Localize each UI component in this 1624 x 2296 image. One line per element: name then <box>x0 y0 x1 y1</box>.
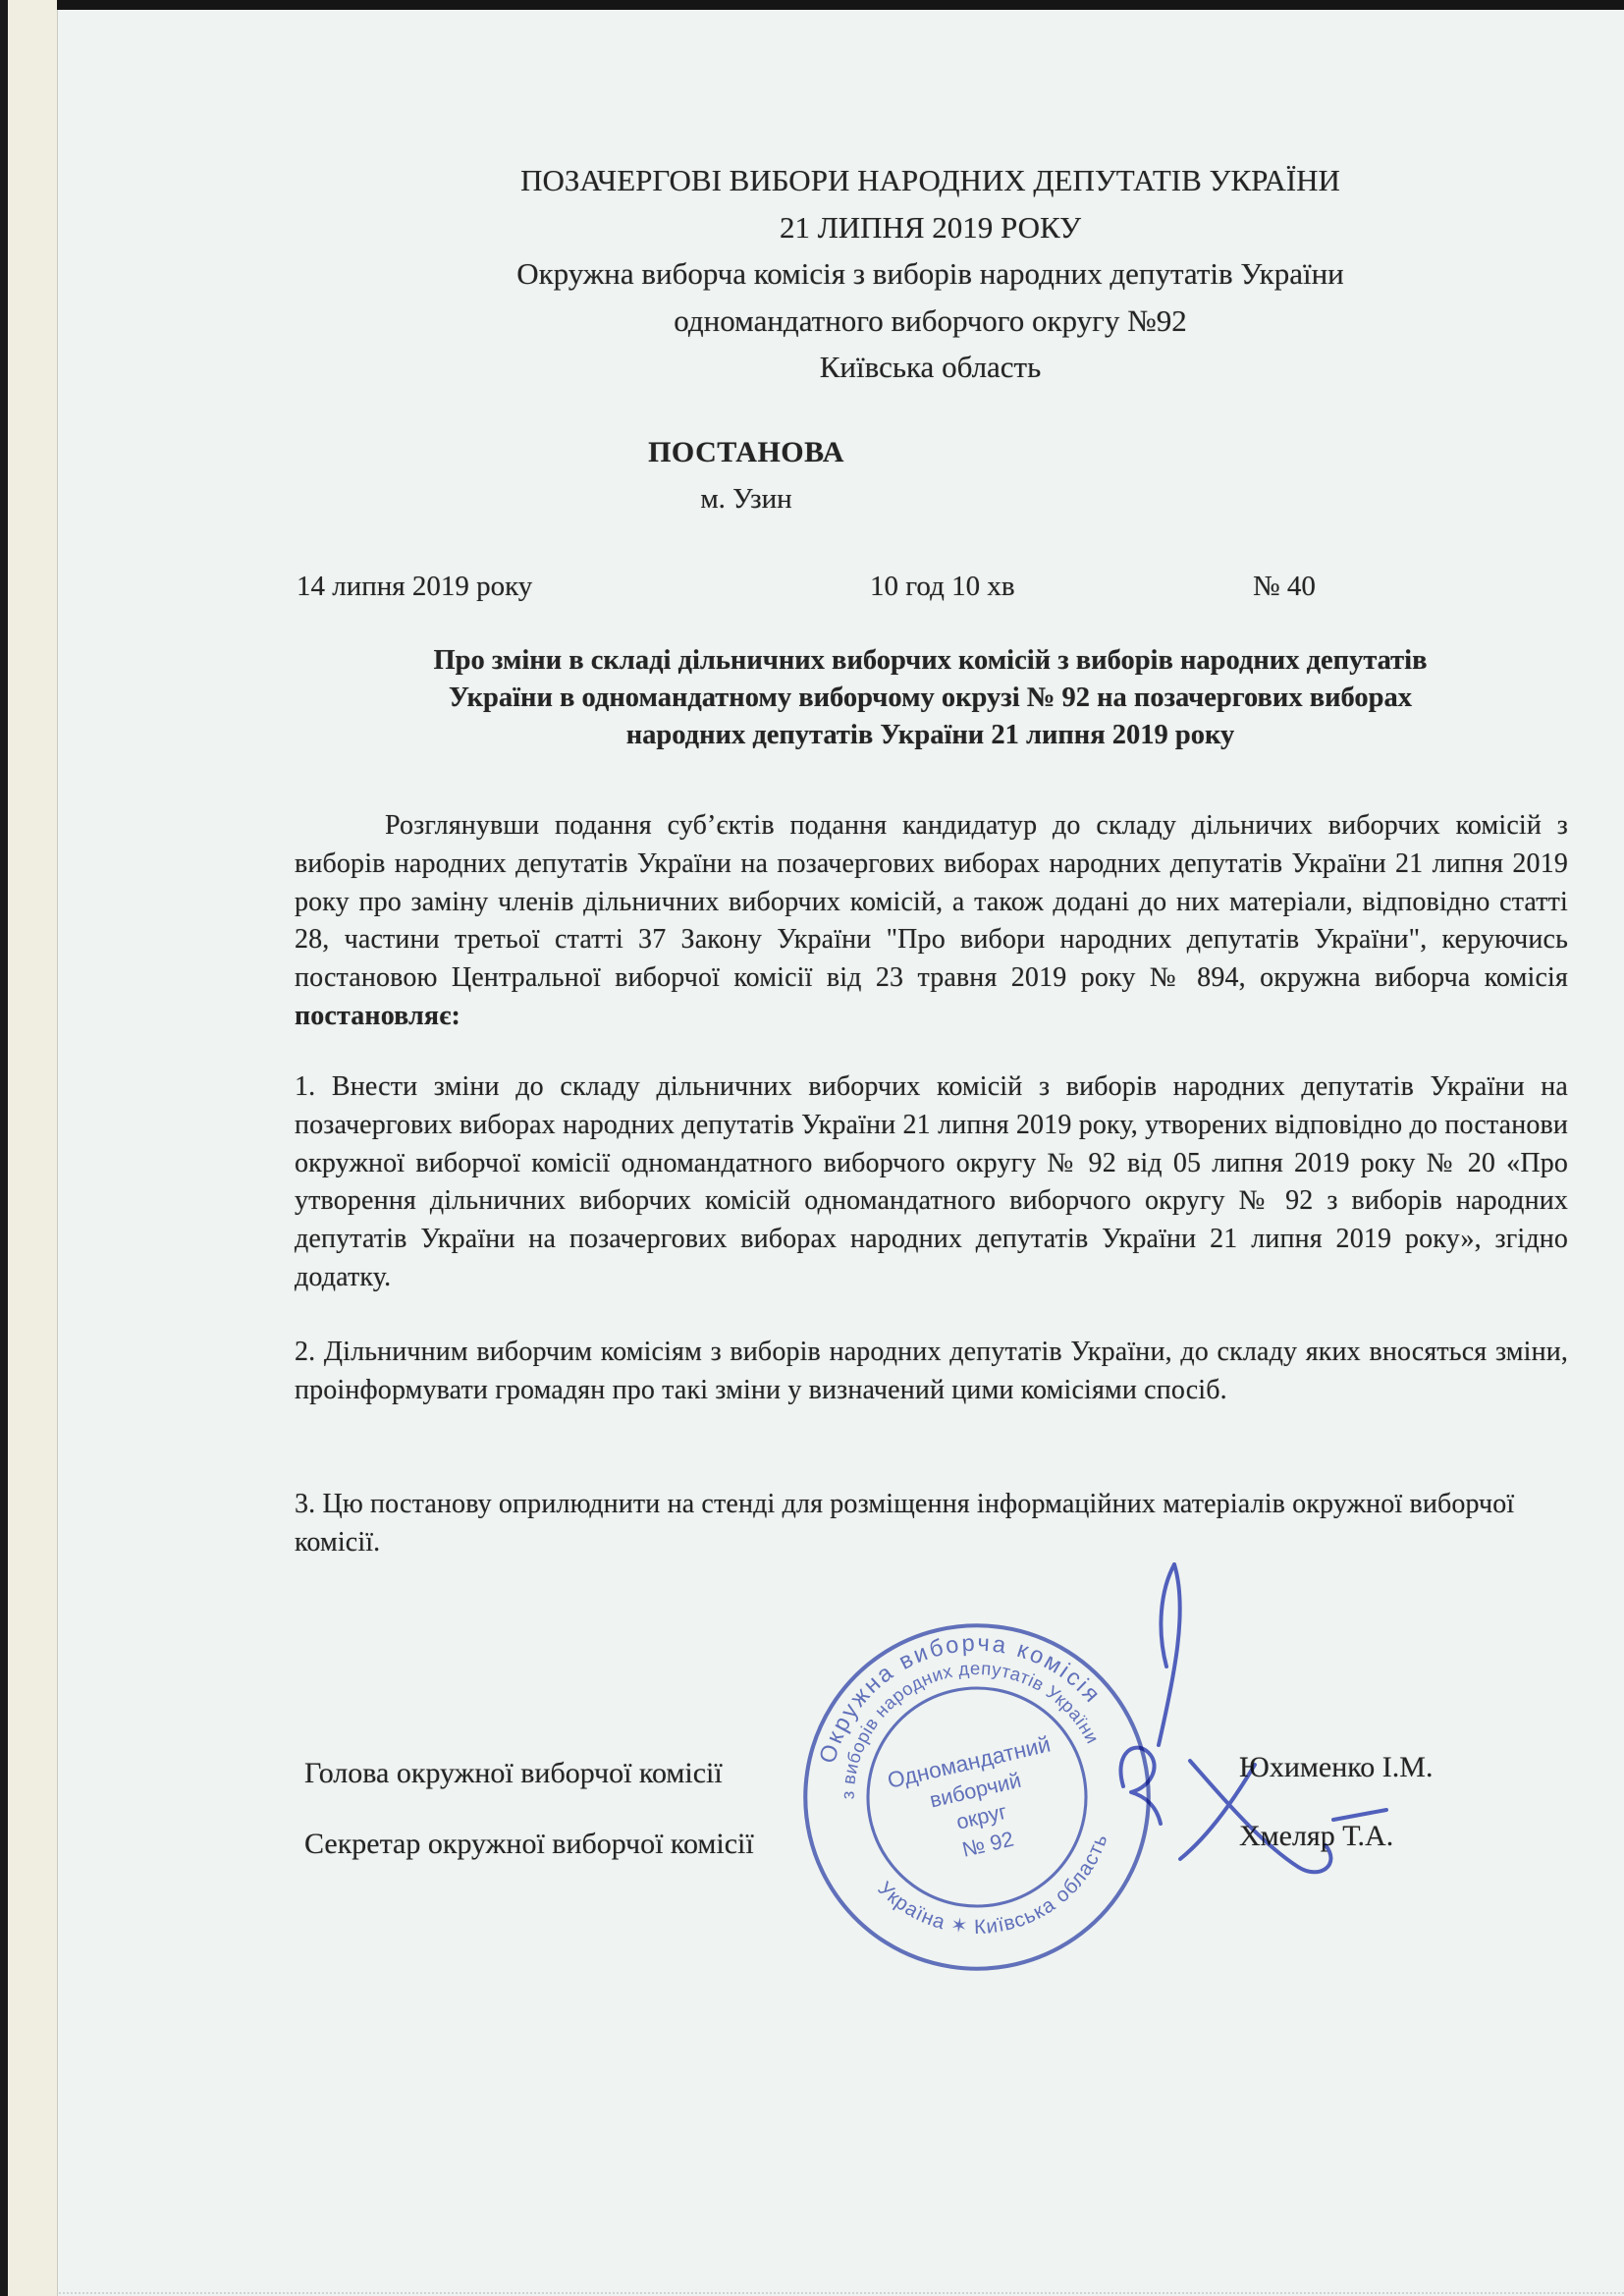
scan-edge-left <box>0 0 8 2296</box>
scan-edge-bottom <box>59 2292 1624 2294</box>
document-date: 14 липня 2019 року <box>297 571 532 603</box>
document-time: 10 год 10 хв <box>870 571 1015 603</box>
subject-line-2: України в одномандатному виборчому окруз… <box>295 680 1566 717</box>
handwritten-signature <box>913 1547 1404 1900</box>
resolution-subject: Про зміни в складі дільничних виборчих к… <box>295 642 1566 754</box>
preamble-text: Розглянувши подання суб’єктів подання ка… <box>295 810 1568 993</box>
document-place: м. Узин <box>0 483 1492 516</box>
signature-ink-graphic <box>913 1547 1404 1900</box>
header-line-5: Київська область <box>295 344 1566 391</box>
header-line-4: одномандатного виборчого округу №92 <box>295 298 1566 345</box>
scan-edge-top <box>0 0 1624 10</box>
preamble-paragraph: Розглянувши подання суб’єктів подання ка… <box>295 807 1568 1036</box>
signature-title-head: Голова окружної виборчої комісії <box>304 1757 723 1790</box>
signature-title-secretary: Секретар окружної виборчої комісії <box>304 1828 754 1861</box>
header-line-2: 21 ЛИПНЯ 2019 РОКУ <box>295 204 1566 251</box>
resolution-item-1: 1. Внести зміни до складу дільничних виб… <box>295 1068 1568 1297</box>
scanned-document-page: ПОЗАЧЕРГОВІ ВИБОРИ НАРОДНИХ ДЕПУТАТІВ УК… <box>0 0 1624 2296</box>
document-number: № 40 <box>1253 571 1316 603</box>
subject-line-1: Про зміни в складі дільничних виборчих к… <box>295 642 1566 680</box>
document-header: ПОЗАЧЕРГОВІ ВИБОРИ НАРОДНИХ ДЕПУТАТІВ УК… <box>295 157 1566 391</box>
subject-line-3: народних депутатів України 21 липня 2019… <box>295 717 1566 754</box>
resolution-item-2: 2. Дільничним виборчим комісіям з виборі… <box>295 1334 1568 1410</box>
header-line-1: ПОЗАЧЕРГОВІ ВИБОРИ НАРОДНИХ ДЕПУТАТІВ УК… <box>295 157 1566 204</box>
date-number-row: 14 липня 2019 року 10 год 10 хв № 40 <box>295 571 1566 610</box>
paper-edge-strip <box>8 0 57 2296</box>
header-line-3: Окружна виборча комісія з виборів народн… <box>295 250 1566 298</box>
preamble-resolves-word: постановляє: <box>295 1001 460 1031</box>
document-type-title: ПОСТАНОВА <box>0 436 1492 469</box>
paper-fold-line <box>57 10 58 2296</box>
